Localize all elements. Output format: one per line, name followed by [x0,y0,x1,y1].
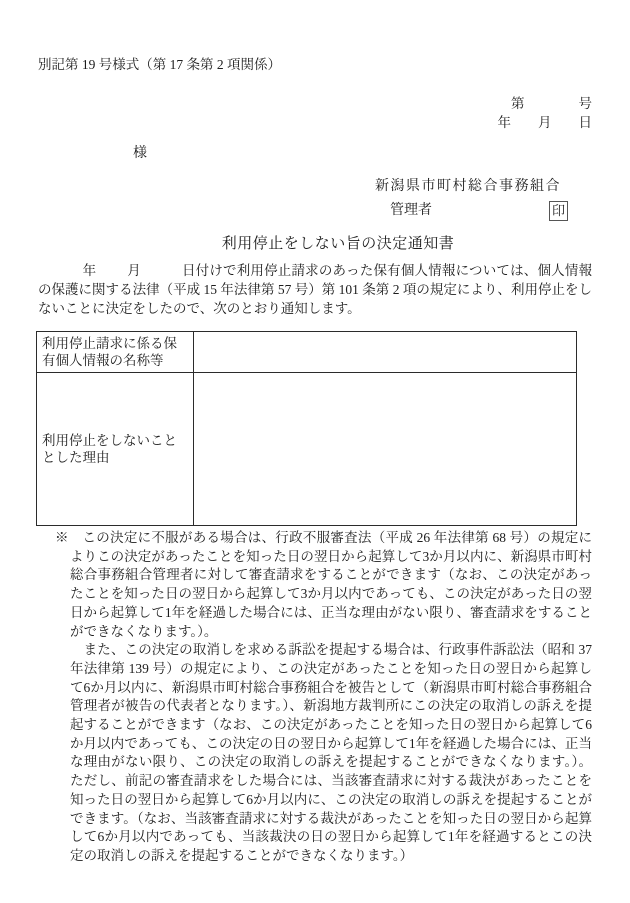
issuer-role-line: 管理者 印 [38,200,592,222]
appeal-note-paragraph-1: ※ この決定に不服がある場合は、行政不服審査法（平成 26 年法律第 68 号）… [70,529,592,641]
issuer-organization: 新潟県市町村総合事務組合 [38,177,592,196]
row-value-reason [194,373,577,526]
issuer-role: 管理者 [390,203,432,218]
row-value-information-name [194,332,577,373]
document-page: 別記第 19 号様式（第 17 条第 2 項関係） 第 号 年 月 日 様 新潟… [0,0,630,903]
decision-table: 利用停止請求に係る保有個人情報の名称等 利用停止をしないこととした理由 [36,331,577,526]
form-style-number: 別記第 19 号様式（第 17 条第 2 項関係） [38,55,592,74]
table-row-information-name: 利用停止請求に係る保有個人情報の名称等 [37,332,577,373]
row-label-reason: 利用停止をしないこととした理由 [37,373,194,526]
table-row-reason: 利用停止をしないこととした理由 [37,373,577,526]
document-date-line: 年 月 日 [38,113,592,132]
appeal-note-paragraph-2: また、この決定の取消しを求める訴訟を提起する場合は、行政事件訴訟法（昭和 37 … [70,641,592,865]
document-title: 利用停止をしない旨の決定通知書 [38,234,592,254]
seal-placeholder: 印 [549,201,568,221]
addressee-line: 様 [38,144,592,163]
row-label-information-name: 利用停止請求に係る保有個人情報の名称等 [37,332,194,373]
addressee-honorific: 様 [133,146,147,161]
appeal-notes: ※ この決定に不服がある場合は、行政不服審査法（平成 26 年法律第 68 号）… [38,529,592,866]
document-number-line: 第 号 [38,94,592,113]
document-number-block: 第 号 年 月 日 [38,94,592,132]
body-paragraph: 年 月 日付けで利用停止請求のあった保有個人情報については、個人情報の保護に関す… [38,261,592,318]
